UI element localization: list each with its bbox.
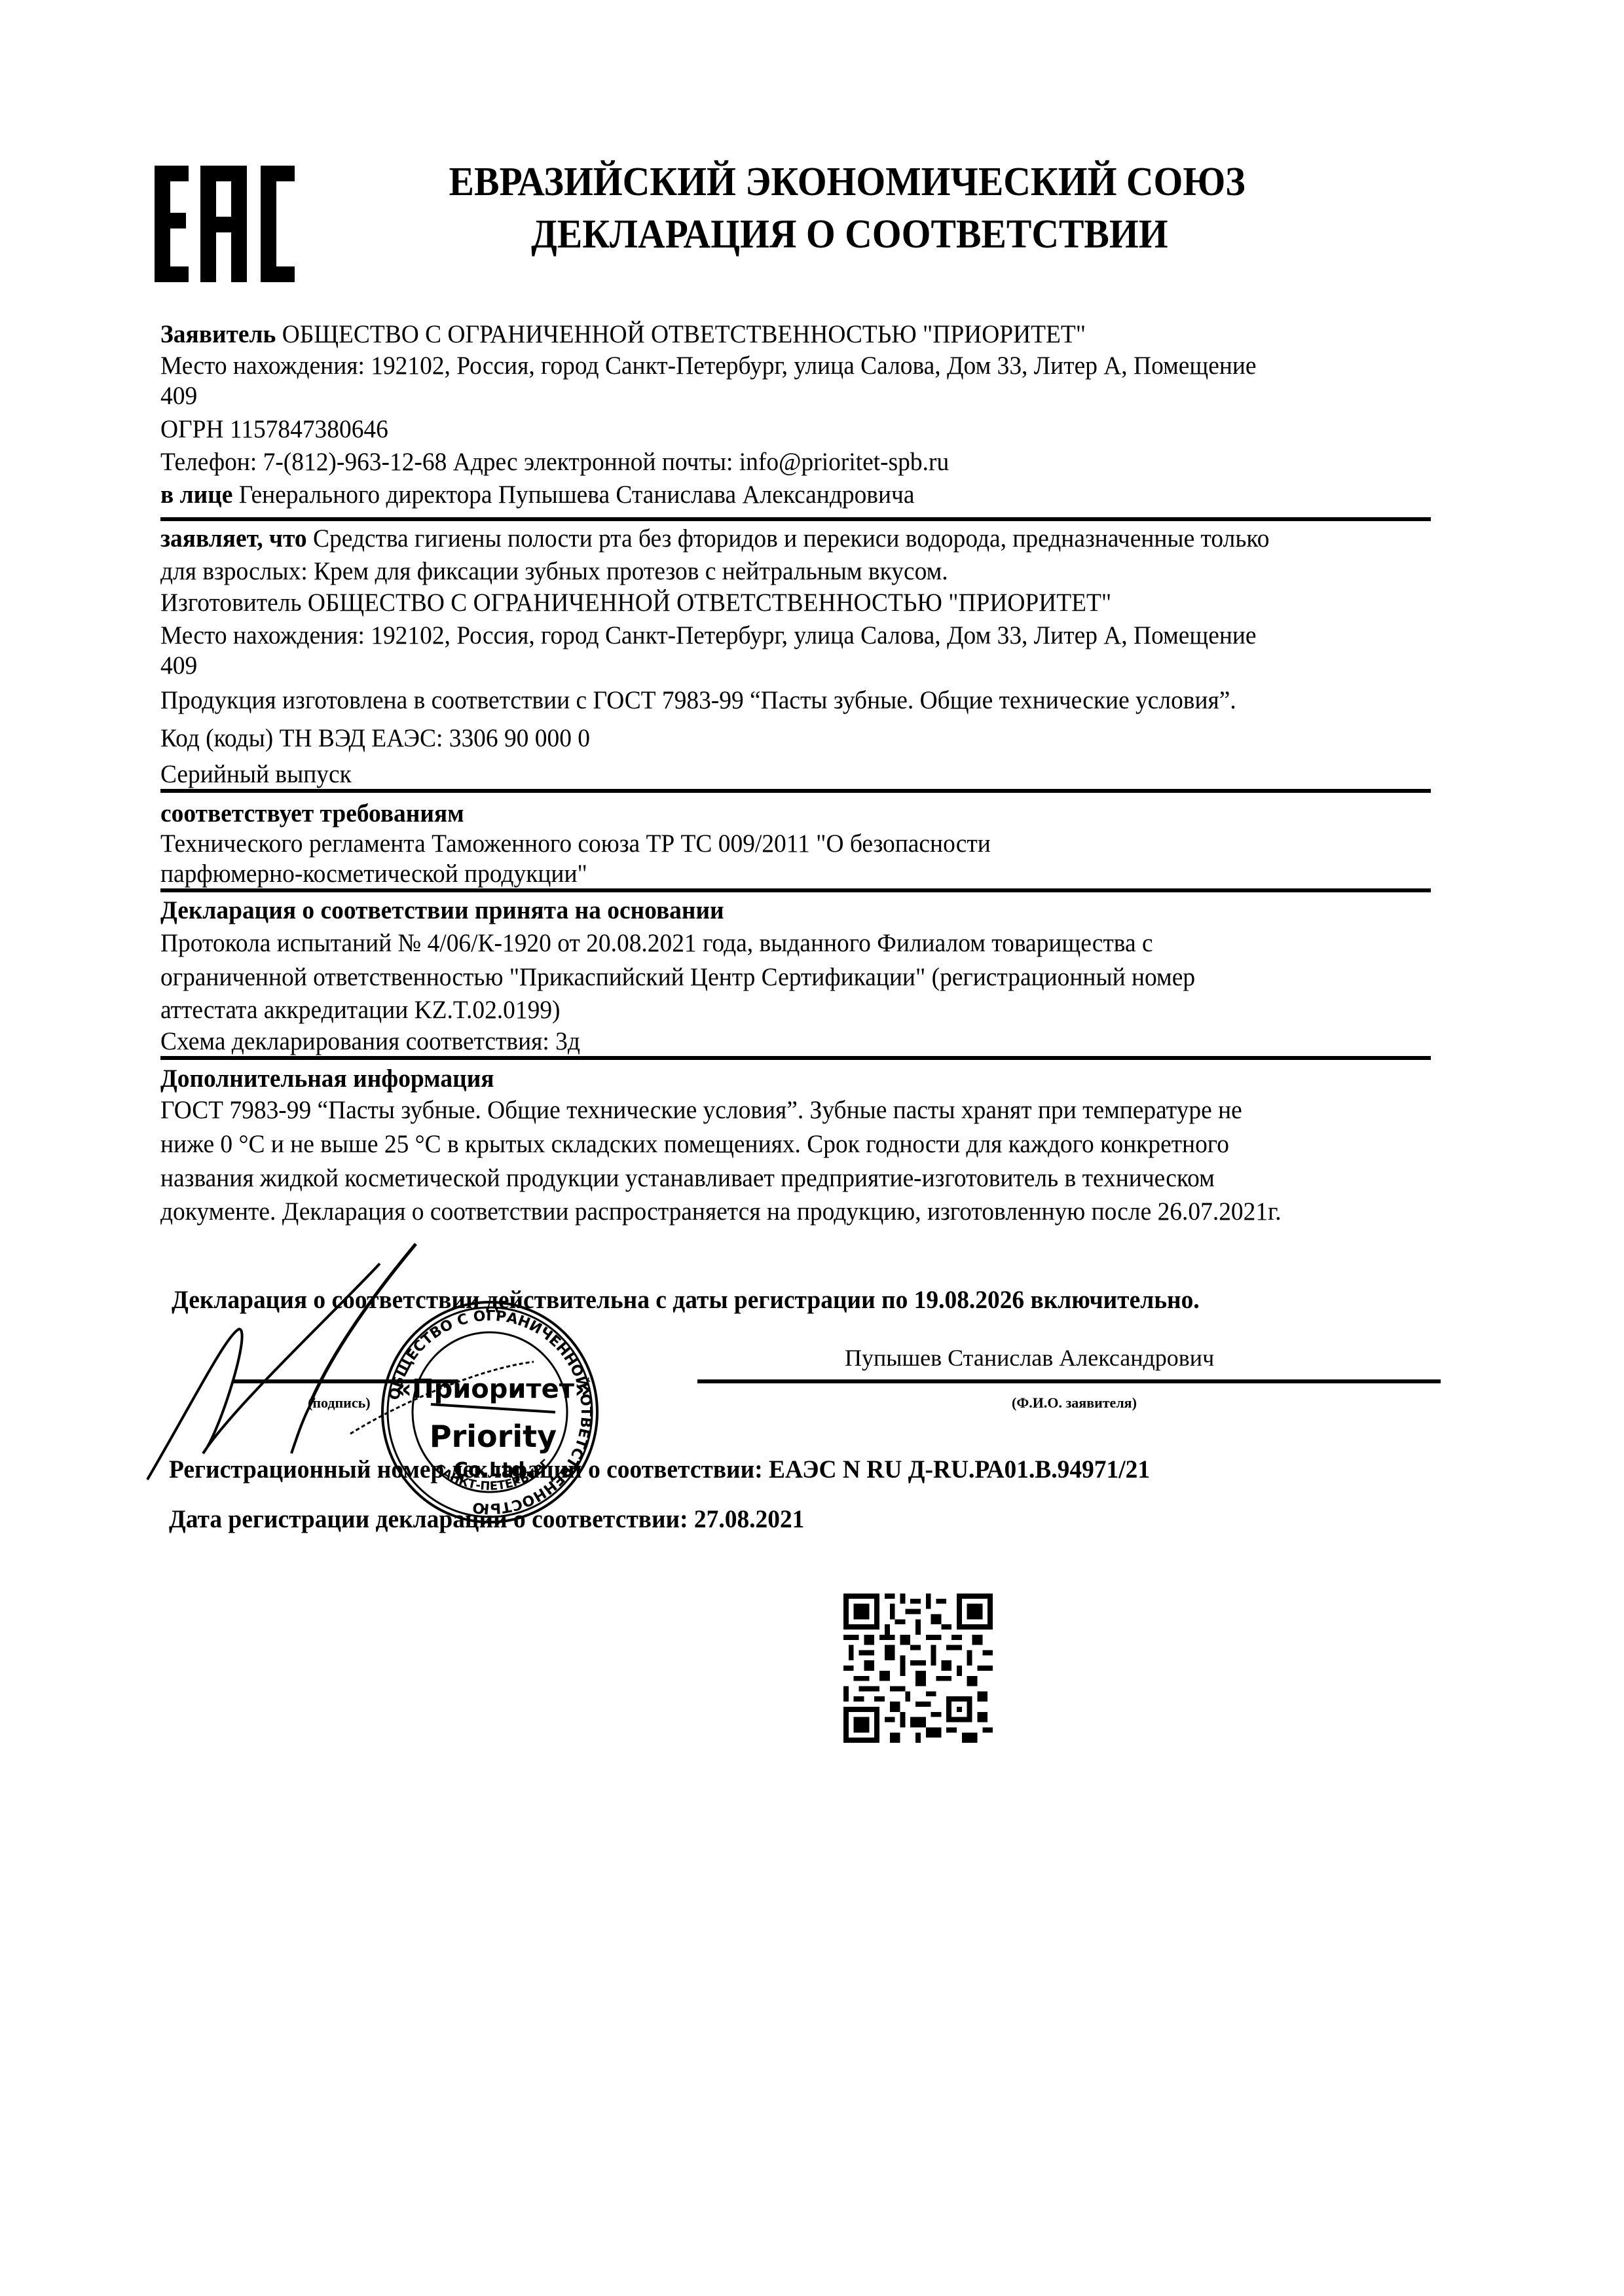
basis-line-2: ограниченной ответственностью "Прикаспий… (160, 962, 1195, 993)
eac-logo-icon (155, 166, 295, 282)
applicant-contacts: Телефон: 7-(812)-963-12-68 Адрес электро… (160, 447, 949, 477)
name-caption: (Ф.И.О. заявителя) (1012, 1394, 1137, 1412)
section-divider (160, 789, 1431, 793)
section-divider (160, 517, 1431, 521)
declares-line-1: заявляет, что Средства гигиены полости р… (160, 524, 1269, 554)
section-divider (160, 888, 1431, 892)
applicant-label: Заявитель (160, 320, 276, 348)
declares-line-2: для взрослых: Крем для фиксации зубных п… (160, 556, 948, 587)
additional-line-2: ниже 0 °С и не выше 25 °С в крытых склад… (160, 1129, 1229, 1159)
conforms-line-1: Технического регламента Таможенного союз… (160, 829, 991, 859)
applicant-representative: в лице Генерального директора Пупышева С… (160, 480, 914, 510)
section-divider (160, 1056, 1431, 1060)
eac-logo (155, 166, 295, 282)
stamp-company-type: Co.Ltd. (454, 1459, 532, 1482)
stamp-name-ru: «Приоритет» (395, 1374, 591, 1404)
name-line (697, 1379, 1441, 1383)
declares-label: заявляет, что (160, 524, 307, 553)
title-declaration: ДЕКЛАРАЦИЯ О СООТВЕТСТВИИ (531, 210, 1168, 259)
stamp-name-en: Priority (430, 1419, 557, 1454)
representative-label: в лице (160, 481, 232, 509)
applicant-line: Заявитель ОБЩЕСТВО С ОГРАНИЧЕННОЙ ОТВЕТС… (160, 319, 1086, 350)
release-type: Серийный выпуск (160, 759, 352, 790)
signer-name: Пупышев Станислав Александрович (845, 1344, 1214, 1372)
title-union: ЕВРАЗИЙСКИЙ ЭКОНОМИЧЕСКИЙ СОЮЗ (449, 157, 1246, 207)
additional-line-1: ГОСТ 7983-99 “Пасты зубные. Общие технич… (160, 1095, 1242, 1125)
representative-text: Генерального директора Пупышева Станисла… (232, 481, 914, 509)
applicant-address-2: 409 (160, 381, 197, 411)
manufacturer: Изготовитель ОБЩЕСТВО С ОГРАНИЧЕННОЙ ОТВ… (160, 588, 1111, 618)
declares-text: Средства гигиены полости рта без фторидо… (307, 524, 1270, 553)
manufacturer-address-2: 409 (160, 651, 197, 681)
conforms-line-2: парфюмерно-косметической продукции" (160, 859, 587, 889)
applicant-address-1: Место нахождения: 192102, Россия, город … (160, 351, 1257, 381)
basis-line-3: аттестата аккредитации KZ.T.02.0199) (160, 995, 561, 1025)
applicant-name: ОБЩЕСТВО С ОГРАНИЧЕННОЙ ОТВЕТСТВЕННОСТЬЮ… (276, 320, 1086, 348)
additional-label: Дополнительная информация (160, 1064, 494, 1094)
manufacturer-address-1: Место нахождения: 192102, Россия, город … (160, 621, 1257, 651)
basis-line-1: Протокола испытаний № 4/06/К-1920 от 20.… (160, 928, 1153, 958)
applicant-ogrn: ОГРН 1157847380646 (160, 414, 388, 445)
additional-line-4: документе. Декларация о соответствии рас… (160, 1197, 1282, 1227)
basis-label: Декларация о соответствии принята на осн… (160, 896, 724, 926)
company-stamp: ОБЩЕСТВО С ОГРАНИЧЕННОЙ ОТВЕТСТВЕННОСТЬЮ… (378, 1300, 601, 1525)
tnved-code: Код (коды) ТН ВЭД ЕАЭС: 3306 90 000 0 (160, 723, 590, 754)
product-standard: Продукция изготовлена в соответствии с Г… (160, 685, 1236, 716)
conforms-label: соответствует требованиям (160, 799, 464, 829)
additional-line-3: названия жидкой косметической продукции … (160, 1163, 1215, 1194)
declaration-scheme: Схема декларирования соответствия: 3д (160, 1027, 580, 1057)
qr-code-icon (843, 1591, 993, 1745)
